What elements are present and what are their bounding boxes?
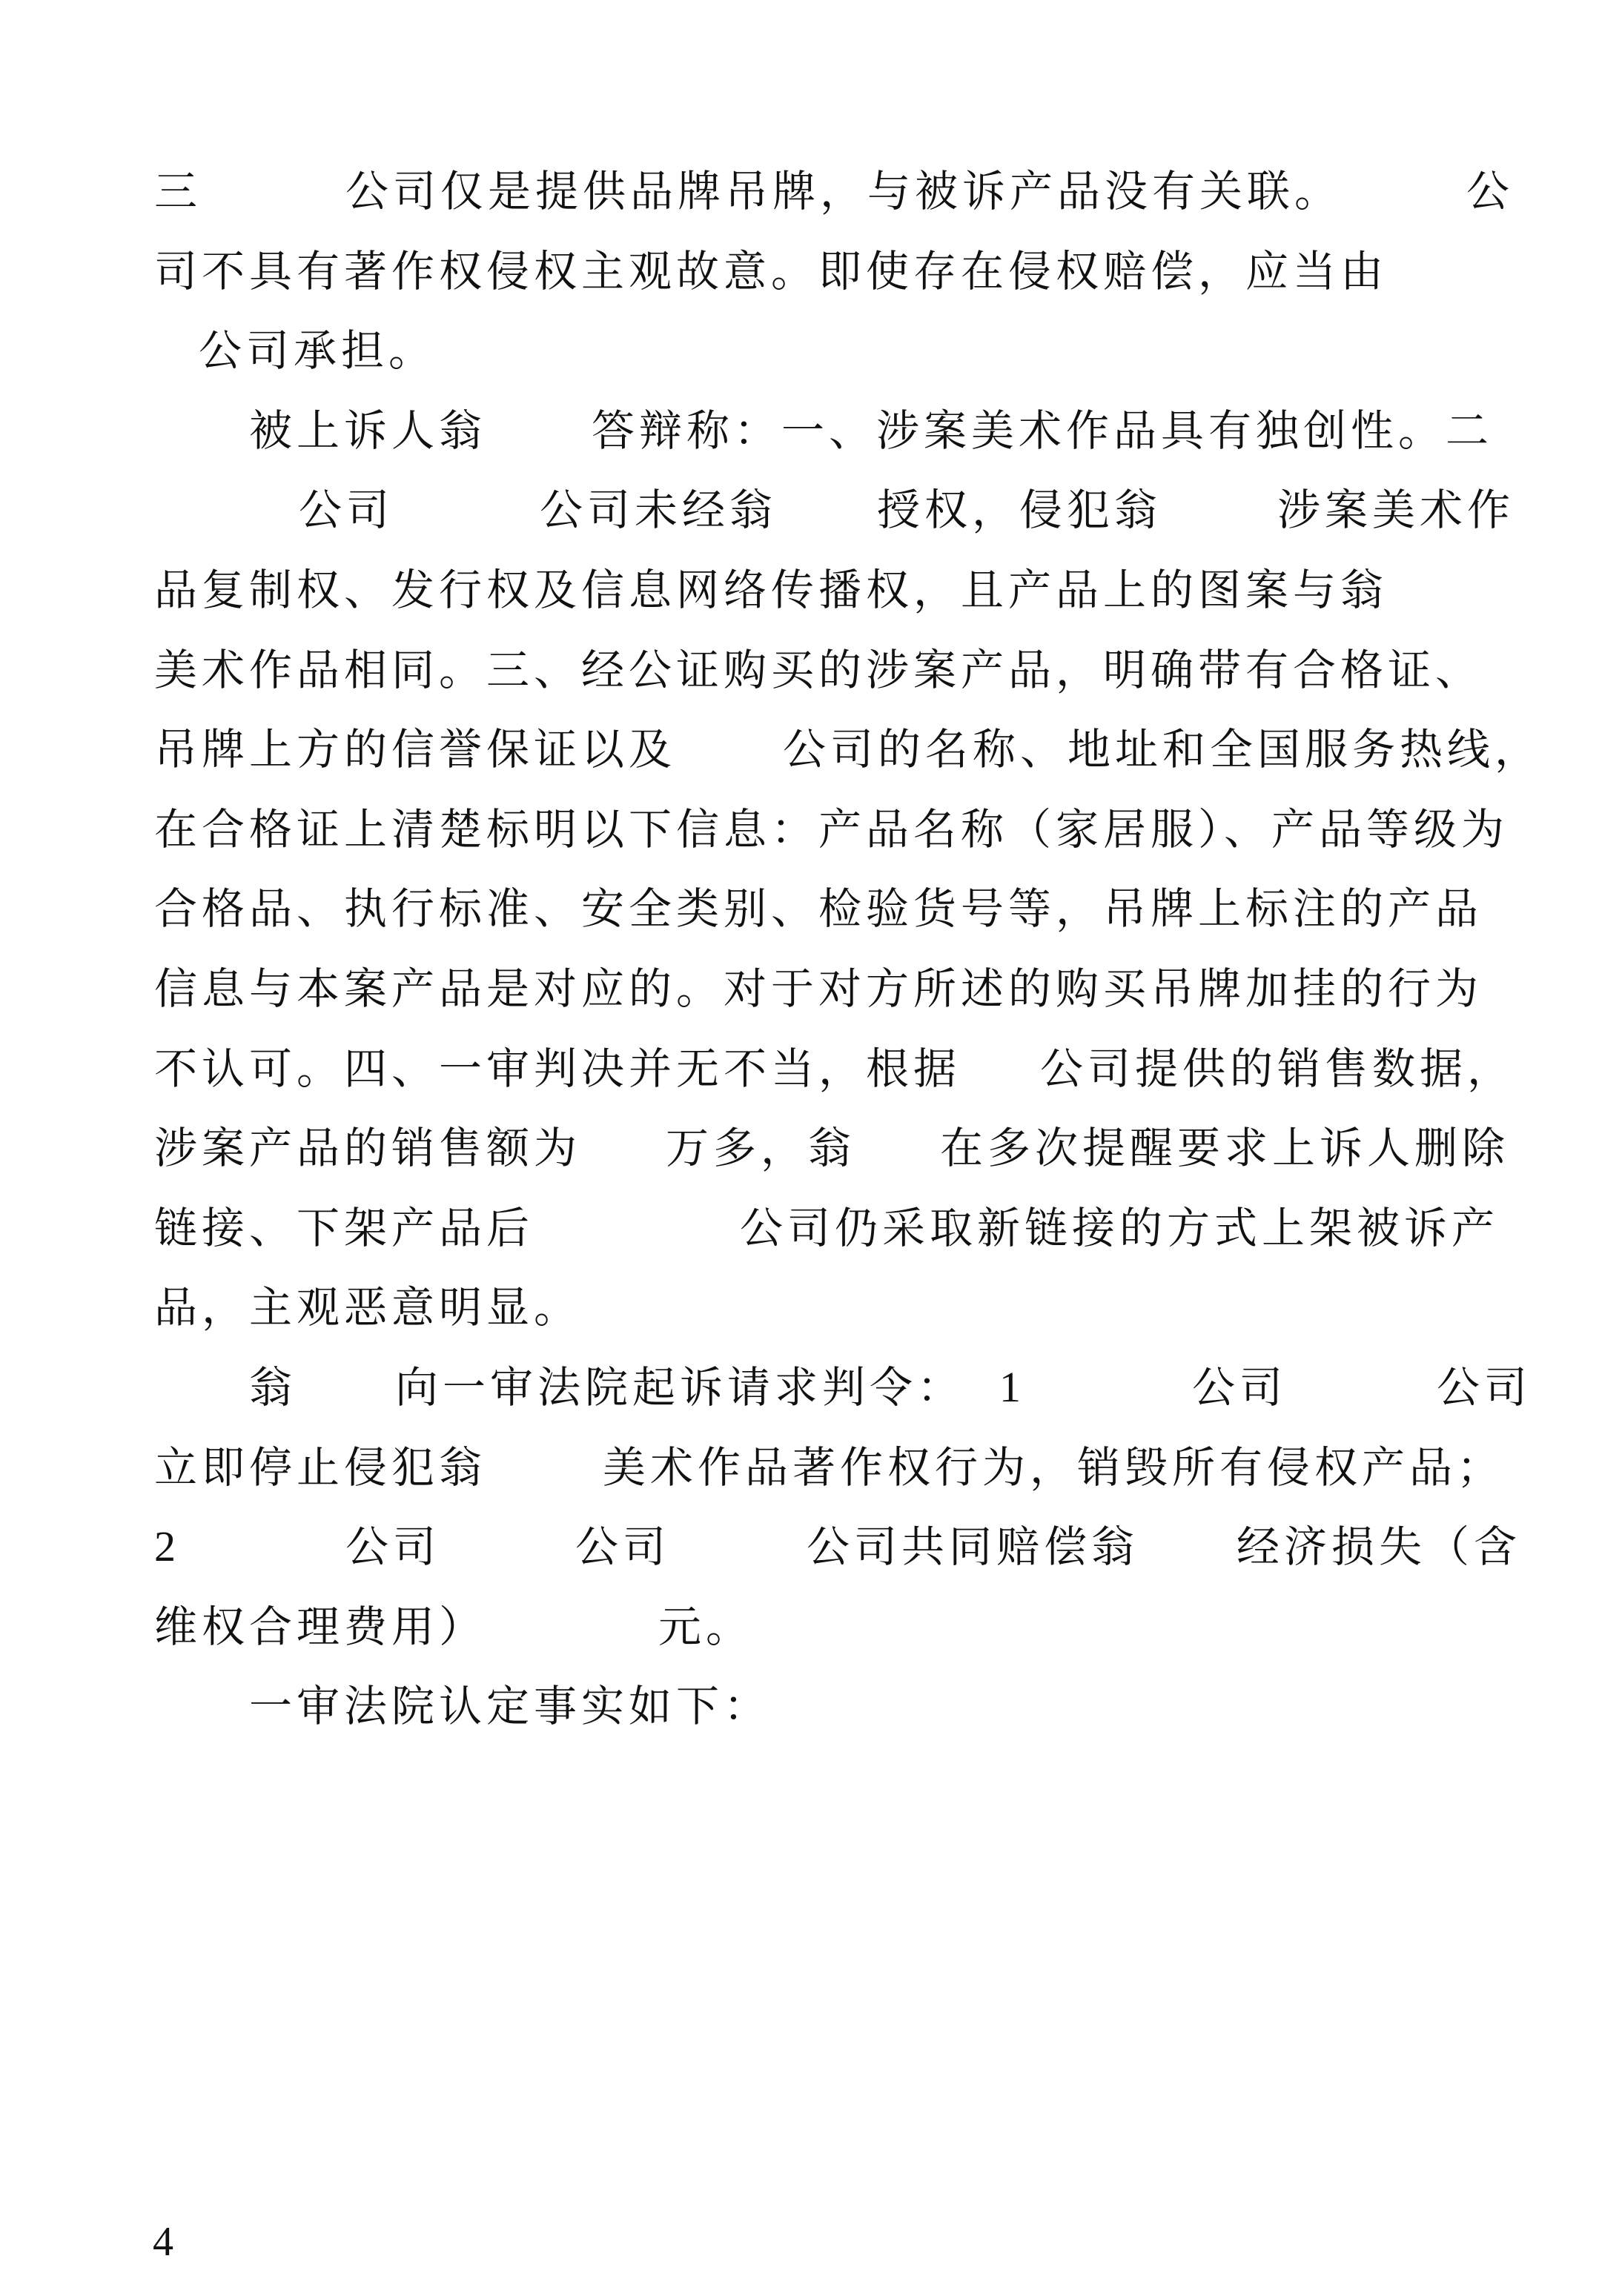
text-segment: 公司仅是提供品牌吊牌，与被诉产品没有关联。 <box>345 162 1342 221</box>
text-line: 立即停止侵犯翁美术作品著作权行为，销毁所有侵权产品； <box>154 1438 1511 1497</box>
text-line: 吊牌上方的信誉保证以及公司的名称、地址和全国服务热线， <box>154 720 1511 779</box>
text-segment: 2 <box>154 1517 176 1576</box>
text-segment: 公 <box>1466 162 1514 221</box>
text-segment: 合格品、执行标准、安全类别、检验货号等，吊牌上标注的产品 <box>154 879 1483 938</box>
text-line: 涉案产品的销售额为万多，翁在多次提醒要求上诉人删除 <box>154 1118 1511 1178</box>
text-line: 不认可。四、一审判决并无不当，根据公司提供的销售数据， <box>154 1039 1511 1098</box>
text-line: 三公司仅是提供品牌吊牌，与被诉产品没有关联。公 <box>154 162 1511 221</box>
text-segment: 立即停止侵犯翁 <box>154 1438 486 1497</box>
text-line: 2公司公司公司共同赔偿翁经济损失（含 <box>154 1517 1511 1576</box>
text-line: 在合格证上清楚标明以下信息：产品名称（家居服）、产品等级为 <box>154 800 1511 859</box>
text-segment: 公司 <box>575 1517 670 1576</box>
text-segment: 公司 <box>1192 1358 1287 1417</box>
text-segment: 一审法院认定事实如下： <box>249 1676 771 1736</box>
text-segment: 公司承担。 <box>199 321 436 380</box>
text-segment: 吊牌上方的信誉保证以及 <box>154 720 676 779</box>
document-page: 三公司仅是提供品牌吊牌，与被诉产品没有关联。公司不具有著作权侵权主观故意。即使存… <box>0 0 1622 2296</box>
text-segment: 公司 <box>299 480 394 540</box>
text-segment: 万多，翁 <box>666 1118 855 1178</box>
text-line: 公司公司未经翁授权，侵犯翁涉案美术作 <box>154 480 1511 540</box>
text-segment: 涉案产品的销售额为 <box>154 1118 581 1178</box>
text-segment: 涉案美术作 <box>1277 480 1515 540</box>
text-segment: 1 <box>999 1358 1021 1417</box>
text-segment: 元。 <box>658 1597 753 1656</box>
text-segment: 公司共同赔偿翁 <box>807 1517 1139 1576</box>
text-segment: 公司提供的销售数据， <box>1040 1039 1515 1098</box>
text-segment: 公司 <box>1437 1358 1532 1417</box>
text-line: 合格品、执行标准、安全类别、检验货号等，吊牌上标注的产品 <box>154 879 1511 938</box>
text-line: 链接、下架产品后公司仍采取新链接的方式上架被诉产 <box>154 1198 1511 1258</box>
page-number: 4 <box>153 2216 173 2268</box>
text-segment: 品，主观恶意明显。 <box>154 1278 581 1337</box>
text-segment: 链接、下架产品后 <box>154 1198 534 1258</box>
text-segment: 授权，侵犯翁 <box>877 480 1162 540</box>
text-segment: 美术作品相同。三、经公证购买的涉案产品，明确带有合格证、 <box>154 640 1483 700</box>
text-line: 信息与本案产品是对应的。对于对方所述的购买吊牌加挂的行为 <box>154 959 1511 1018</box>
text-segment: 在多次提醒要求上诉人删除 <box>940 1118 1509 1178</box>
text-line: 品，主观恶意明显。 <box>154 1278 1511 1337</box>
text-segment: 在合格证上清楚标明以下信息：产品名称（家居服）、产品等级为 <box>154 800 1509 859</box>
text-segment: 答辩称：一、涉案美术作品具有独创性。二 <box>592 401 1493 460</box>
text-segment: 翁 <box>249 1358 297 1417</box>
text-segment: 信息与本案产品是对应的。对于对方所述的购买吊牌加挂的行为 <box>154 959 1483 1018</box>
text-segment: 公司 <box>345 1517 440 1576</box>
text-segment: 司不具有著作权侵权主观故意。即使存在侵权赔偿，应当由 <box>154 242 1388 301</box>
text-segment: 美术作品著作权行为，销毁所有侵权产品； <box>603 1438 1504 1497</box>
text-segment: 被上诉人翁 <box>249 401 486 460</box>
text-line: 公司承担。 <box>154 321 1511 380</box>
text-line: 被上诉人翁答辩称：一、涉案美术作品具有独创性。二 <box>154 401 1511 460</box>
text-segment: 向一审法院起诉请求判令： <box>395 1358 964 1417</box>
text-segment: 公司仍采取新链接的方式上架被诉产 <box>740 1198 1499 1258</box>
text-line: 品复制权、发行权及信息网络传播权，且产品上的图案与翁 <box>154 560 1511 620</box>
text-segment: 不认可。四、一审判决并无不当，根据 <box>154 1039 961 1098</box>
text-segment: 公司的名称、地址和全国服务热线， <box>783 720 1542 779</box>
text-segment: 公司未经翁 <box>540 480 777 540</box>
text-line: 翁向一审法院起诉请求判令：1公司公司 <box>154 1358 1511 1417</box>
text-line: 维权合理费用）元。 <box>154 1597 1511 1656</box>
text-segment: 品复制权、发行权及信息网络传播权，且产品上的图案与翁 <box>154 560 1388 620</box>
text-segment: 三 <box>154 162 202 221</box>
text-segment: 经济损失（含 <box>1237 1517 1521 1576</box>
text-line: 一审法院认定事实如下： <box>154 1676 1511 1736</box>
text-line: 美术作品相同。三、经公证购买的涉案产品，明确带有合格证、 <box>154 640 1511 700</box>
text-line: 司不具有著作权侵权主观故意。即使存在侵权赔偿，应当由 <box>154 242 1511 301</box>
text-segment: 维权合理费用） <box>154 1597 486 1656</box>
